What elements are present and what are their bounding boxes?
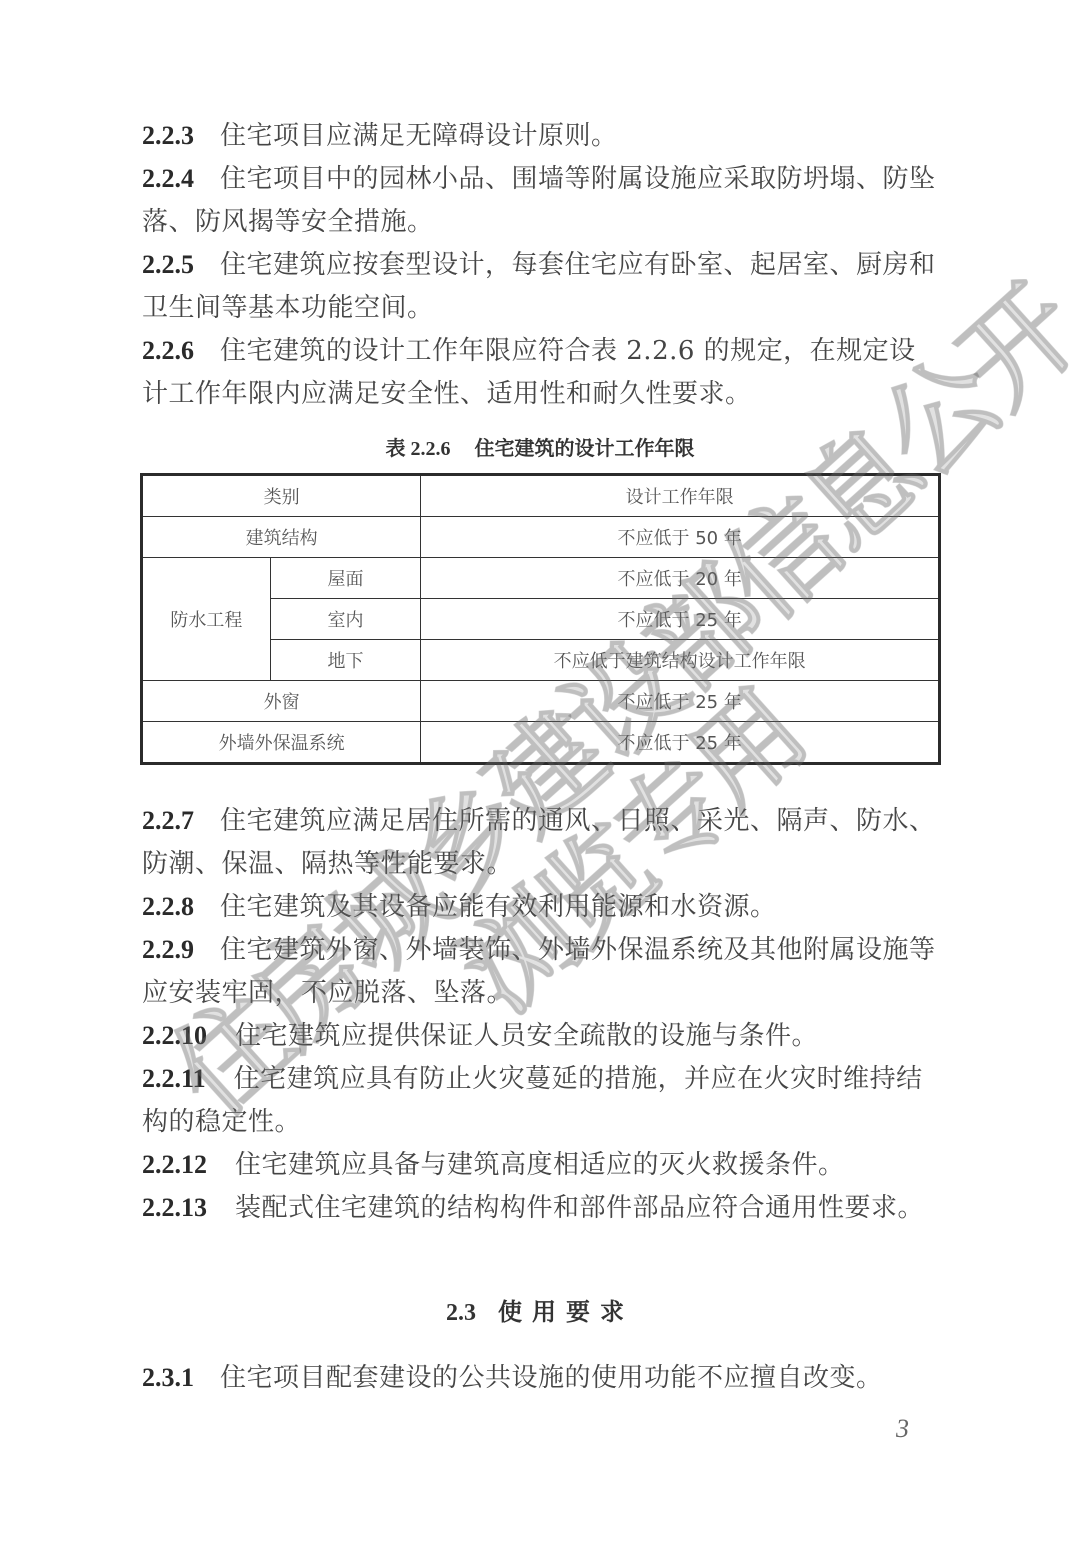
table-row: 防水工程 屋面 不应低于 20 年 <box>142 558 940 599</box>
clause-text: 住宅建筑应具备与建筑高度相适应的灭火救援条件。 <box>235 1150 845 1180</box>
clause-text: 住宅建筑应按套型设计，每套住宅应有卧室、起居室、厨房和卫生间等基本功能空间。 <box>142 250 936 323</box>
page-number: 3 <box>896 1414 909 1444</box>
table-caption-title: 住宅建筑的设计工作年限 <box>475 436 695 460</box>
cell-subcategory: 屋面 <box>270 558 421 599</box>
cell-value: 不应低于 25 年 <box>421 681 940 722</box>
cell-category: 外墙外保温系统 <box>142 722 421 764</box>
clause-2-2-10: 2.2.10住宅建筑应提供保证人员安全疏散的设施与条件。 <box>142 1014 942 1058</box>
clause-text: 住宅建筑外窗、外墙装饰、外墙外保温系统及其他附属设施等应安装牢固，不应脱落、坠落… <box>142 935 936 1008</box>
clause-2-2-4: 2.2.4住宅项目中的园林小品、围墙等附属设施应采取防坍塌、防坠落、防风揭等安全… <box>142 157 942 244</box>
clause-text: 装配式住宅建筑的结构构件和部件部品应符合通用性要求。 <box>235 1193 924 1223</box>
clause-text: 住宅建筑的设计工作年限应符合表 2.2.6 的规定，在规定设计工作年限内应满足安… <box>142 336 916 409</box>
clause-2-2-8: 2.2.8住宅建筑及其设备应能有效利用能源和水资源。 <box>142 885 942 929</box>
clause-text: 住宅建筑应具有防止火灾蔓延的措施，并应在火灾时维持结构的稳定性。 <box>142 1064 923 1137</box>
clause-text: 住宅建筑及其设备应能有效利用能源和水资源。 <box>220 892 777 922</box>
cell-category-waterproof: 防水工程 <box>142 558 271 681</box>
clause-2-3-1: 2.3.1住宅项目配套建设的公共设施的使用功能不应擅自改变。 <box>142 1356 942 1400</box>
clause-text: 住宅项目应满足无障碍设计原则。 <box>220 121 618 151</box>
table-row: 建筑结构 不应低于 50 年 <box>142 517 940 558</box>
cell-value: 不应低于 25 年 <box>421 599 940 640</box>
table-header-row: 类别 设计工作年限 <box>142 475 940 517</box>
clause-number: 2.2.11 <box>142 1057 206 1100</box>
clause-text: 住宅建筑应满足居住所需的通风、日照、采光、隔声、防水、防潮、保温、隔热等性能要求… <box>142 806 936 879</box>
cell-value: 不应低于 20 年 <box>421 558 940 599</box>
table-row: 外墙外保温系统 不应低于 25 年 <box>142 722 940 764</box>
section-number: 2.3 <box>446 1300 476 1326</box>
design-life-table: 类别 设计工作年限 建筑结构 不应低于 50 年 防水工程 屋面 不应低于 20… <box>140 473 941 765</box>
clause-number: 2.2.13 <box>142 1186 207 1229</box>
cell-category: 外窗 <box>142 681 421 722</box>
clause-number: 2.2.5 <box>142 243 194 286</box>
table-caption-number: 表 2.2.6 <box>386 438 451 460</box>
clause-2-2-13: 2.2.13装配式住宅建筑的结构构件和部件部品应符合通用性要求。 <box>142 1186 942 1230</box>
clause-number: 2.2.10 <box>142 1014 207 1057</box>
clause-number: 2.2.6 <box>142 329 194 372</box>
cell-value: 不应低于建筑结构设计工作年限 <box>421 640 940 681</box>
clause-2-2-3: 2.2.3住宅项目应满足无障碍设计原则。 <box>142 114 942 158</box>
clause-2-2-12: 2.2.12住宅建筑应具备与建筑高度相适应的灭火救援条件。 <box>142 1143 942 1187</box>
clause-2-2-7: 2.2.7住宅建筑应满足居住所需的通风、日照、采光、隔声、防水、防潮、保温、隔热… <box>142 799 942 886</box>
clause-2-2-11: 2.2.11住宅建筑应具有防止火灾蔓延的措施，并应在火灾时维持结构的稳定性。 <box>142 1057 942 1144</box>
cell-category: 建筑结构 <box>142 517 421 558</box>
header-design-life: 设计工作年限 <box>421 475 940 517</box>
cell-value: 不应低于 25 年 <box>421 722 940 764</box>
clause-text: 住宅项目中的园林小品、围墙等附属设施应采取防坍塌、防坠落、防风揭等安全措施。 <box>142 164 936 237</box>
clause-text: 住宅项目配套建设的公共设施的使用功能不应擅自改变。 <box>220 1363 883 1393</box>
header-category: 类别 <box>142 475 421 517</box>
clause-number: 2.3.1 <box>142 1356 194 1399</box>
clause-2-2-6: 2.2.6住宅建筑的设计工作年限应符合表 2.2.6 的规定，在规定设计工作年限… <box>142 329 942 416</box>
cell-subcategory: 室内 <box>270 599 421 640</box>
cell-value: 不应低于 50 年 <box>421 517 940 558</box>
document-page: 2.2.3住宅项目应满足无障碍设计原则。 2.2.4住宅项目中的园林小品、围墙等… <box>0 0 1080 1565</box>
clause-number: 2.2.12 <box>142 1143 207 1186</box>
clause-number: 2.2.4 <box>142 157 194 200</box>
cell-subcategory: 地下 <box>270 640 421 681</box>
section-heading: 2.3使用要求 <box>0 1292 1080 1333</box>
clause-number: 2.2.8 <box>142 885 194 928</box>
section-title-text: 使用要求 <box>498 1298 634 1326</box>
clause-2-2-5: 2.2.5住宅建筑应按套型设计，每套住宅应有卧室、起居室、厨房和卫生间等基本功能… <box>142 243 942 330</box>
clause-number: 2.2.7 <box>142 799 194 842</box>
clause-number: 2.2.3 <box>142 114 194 157</box>
table-caption: 表 2.2.6住宅建筑的设计工作年限 <box>0 432 1080 465</box>
table-row: 外窗 不应低于 25 年 <box>142 681 940 722</box>
clause-text: 住宅建筑应提供保证人员安全疏散的设施与条件。 <box>235 1021 818 1051</box>
clause-number: 2.2.9 <box>142 928 194 971</box>
clause-2-2-9: 2.2.9住宅建筑外窗、外墙装饰、外墙外保温系统及其他附属设施等应安装牢固，不应… <box>142 928 942 1015</box>
